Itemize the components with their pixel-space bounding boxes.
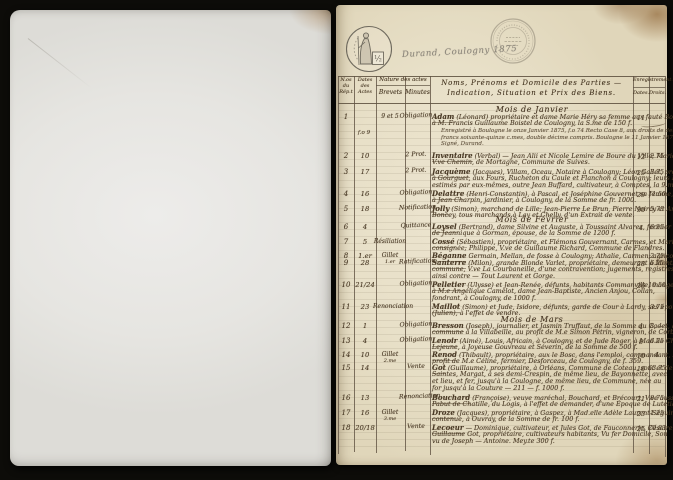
entry-act-type: Notification — [399, 204, 433, 211]
entry-line: ainsi contre — Tout Laurent et Gorge. — [432, 273, 555, 279]
entry-reg-date: 8 — [633, 339, 649, 346]
entry-no: 15 — [338, 365, 354, 372]
entry-act-type: 2 Prot. — [399, 167, 433, 174]
entry-no: 7 — [338, 239, 354, 246]
entry-reg-date: 12 — [633, 154, 649, 161]
entry-line: de Jeannique à Gorman, épouse, de la Som… — [432, 230, 616, 236]
header-parties: Noms, Prénoms et Domicile des Parties — — [432, 80, 631, 87]
entry-line: à M. Francis Guillaume Boistel de Coulog… — [432, 120, 632, 126]
nature-underline-rule — [376, 85, 430, 86]
entry-date: 18 — [354, 206, 376, 213]
entry-reg-date: 30 — [633, 207, 649, 214]
entry-reg-fee: 6.25 — [648, 339, 666, 345]
header-dates: Actes — [354, 90, 376, 95]
denomination-box: ½ — [373, 52, 384, 65]
entry-date: 14 — [354, 365, 376, 372]
header-bottom-rule — [338, 103, 665, 104]
entry-brevet: 3.me — [373, 417, 407, 422]
entry-reg-date: 16 — [633, 366, 649, 373]
entry-no: 9 — [338, 260, 354, 267]
entry-reg-date: 23 — [633, 411, 649, 418]
entry-line: vu de Joseph — Antoine. Mey.te 300 f. — [432, 438, 555, 444]
revenue-stamp: ½ — [344, 24, 394, 74]
entry-line: (Julien), à l'effet de vendre. — [432, 310, 520, 316]
entry-act-type: Obligation — [399, 280, 433, 287]
entry-reg-date: 25 — [633, 170, 649, 177]
entry-reg-fee: 5.75 — [648, 207, 666, 213]
entry-reg-date: 28 — [633, 261, 649, 268]
entry-date: 28 — [354, 260, 376, 267]
entry-no: 12 — [338, 323, 354, 330]
entry-line: contenue, à Ouvray, de la Somme de fr. 1… — [432, 416, 580, 422]
entry-no: 2 — [338, 153, 354, 160]
entry-reg-date: 25 — [633, 426, 649, 433]
header-brevets: Brevets — [376, 90, 405, 96]
entry-no: 5 — [338, 206, 354, 213]
entry-act-type: Obligation — [399, 336, 433, 343]
entry-reg-fee: 3.75 — [648, 305, 666, 311]
entry-reg-date: 21 — [633, 396, 649, 403]
header-enr-dates: Dates. — [633, 91, 649, 96]
entry-date: 1 — [354, 323, 376, 330]
entry-reg-fee: 3.75 — [648, 170, 666, 176]
entry-line: for jusqu'à la Couture — 211 — f. 1000 f… — [432, 385, 565, 391]
entry-act-type: Vente — [399, 423, 433, 430]
entry-no: 1 — [338, 114, 354, 121]
entry-act-type: Ratification — [399, 258, 433, 265]
entry-no: 11 — [338, 304, 354, 311]
entry-date: 4 — [354, 224, 376, 231]
entry-act-type: Obligation — [399, 189, 433, 196]
entry-no: 14 — [338, 352, 354, 359]
entry-no: 6 — [338, 224, 354, 231]
header-enr-droits: Droits. — [649, 91, 665, 96]
header-enregistrement: Enregistrement. — [633, 79, 665, 84]
entry-reg-fee: 8.75 — [648, 396, 666, 402]
entry-line: fondrant, à Coulogny, de 1000 f. — [432, 295, 536, 301]
entry-act-type: 2 Prot. — [399, 151, 433, 158]
entry-reg-date: 26 — [633, 283, 649, 290]
entry-reg-fee: 1.25 — [648, 411, 666, 417]
entry-reg-fee: 2.75 — [648, 154, 666, 160]
entry-no: 16 — [338, 395, 354, 402]
entry-registration-note: Signé, Durand. — [441, 142, 484, 148]
entry-no: 10 — [338, 282, 354, 289]
entry-brevet: 2.me — [373, 359, 407, 364]
paper-crease — [28, 38, 92, 88]
entry-reg-fee: 63.75 — [648, 366, 666, 372]
entry-date: 10 — [354, 153, 376, 160]
entry-reg-date: 4 — [633, 324, 649, 331]
entry-no: 17 — [338, 410, 354, 417]
entry-reg-fee: 4 — [648, 353, 666, 359]
entry-line: V.ve Chemin, de Mortagne, Commune de Sui… — [432, 159, 590, 165]
header-parties: Indication, Situation et Prix des Biens. — [432, 90, 631, 97]
entry-reg-date: 4 — [633, 225, 649, 232]
entry-line: à Jean Charpin, jardinier, à Coulogny, d… — [432, 197, 636, 203]
entry-act-type: Obligation — [399, 321, 433, 328]
entry-act-type: Obligation — [399, 112, 433, 119]
entry-no: 13 — [338, 338, 354, 345]
entry-reg-fee: 6.25 — [648, 225, 666, 231]
entry-act-type: Renonciation — [399, 393, 433, 400]
entry-line: consignée; Philippe, V.ve de Guillaume R… — [432, 245, 664, 251]
entry-date: 17 — [354, 169, 376, 176]
header-no: Rép.t — [338, 90, 354, 95]
entry-reg-fee: 8, — — [648, 324, 666, 330]
header-minutes: Minutes — [405, 90, 430, 96]
entry-reg-date: 29 — [633, 192, 649, 199]
entry-date: 20/18 — [354, 425, 376, 432]
entry-date: 4 — [354, 338, 376, 345]
blank-left-page — [10, 10, 331, 466]
round-cachet-stamp — [488, 16, 538, 66]
entry-date: 16 — [354, 191, 376, 198]
entry-brevet: Renonciation — [373, 304, 407, 310]
entry-act-type: Vente — [399, 363, 433, 370]
entry-no: 18 — [338, 425, 354, 432]
entry-no: 3 — [338, 169, 354, 176]
entry-date: 13 — [354, 395, 376, 402]
entry-date: 21/24 — [354, 282, 376, 289]
entry-line: estimés par eux-mêmes, outre Jean Buffar… — [432, 182, 673, 188]
entry-no: 4 — [338, 191, 354, 198]
entry-registration-note: Enregistré à Boulogne le onze Janvier 18… — [441, 129, 673, 135]
entry-line: Boncey, tous marchands à Lay et Chelly, … — [432, 212, 635, 218]
header-nature: Nature des actes — [376, 78, 430, 84]
entry-reg-fee: 11.50 — [648, 192, 666, 198]
entry-line: Lejeune, à Joyeuse Gouvreau et Séverin, … — [432, 344, 638, 350]
denomination-value: ½ — [374, 55, 382, 64]
entry-act-type: Quittance — [399, 222, 433, 229]
entry-brevet: Résiliation — [373, 239, 407, 245]
entry-reg-fee: 20.83 — [648, 426, 666, 432]
entry-reg-fee: 6.25 — [648, 261, 666, 267]
entry-side-note: f.o 9 — [352, 131, 376, 137]
entry-reg-date: 10 — [633, 353, 649, 360]
entry-reg-fee: 10.50 — [648, 283, 666, 289]
archival-scan: ½ Durand, Coulogny 1875 N.os du Rép.t Da… — [0, 0, 673, 480]
